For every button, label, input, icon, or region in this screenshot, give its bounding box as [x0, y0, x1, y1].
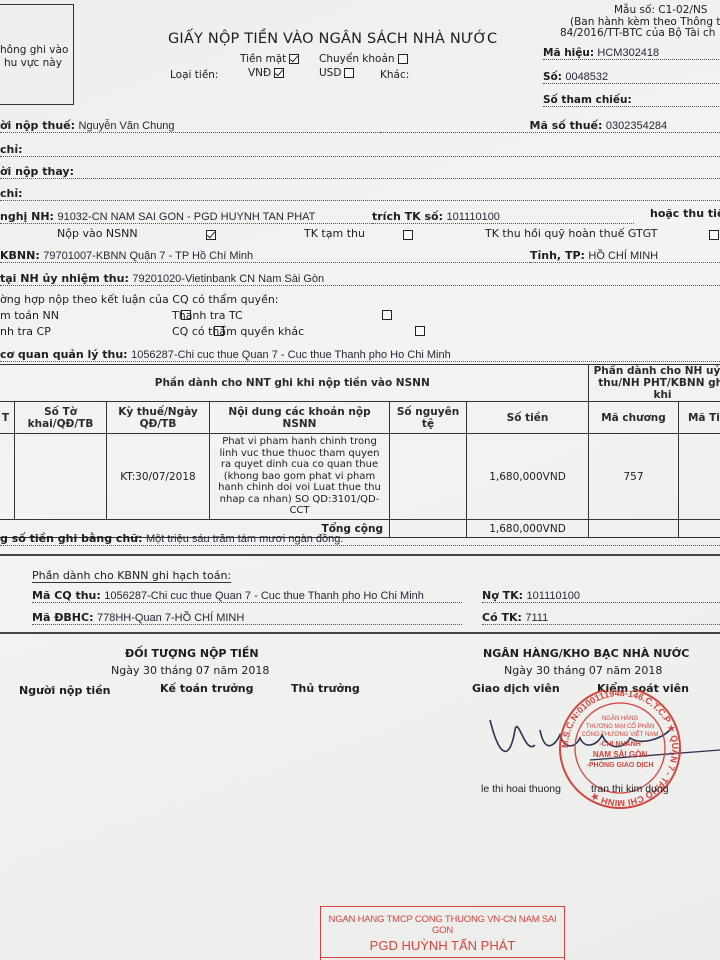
- group-header-right: Phần dành cho NH uỷ n thu/NH PHT/KBNN gh…: [589, 365, 720, 402]
- stamp-line6: -PHÒNG GIAO DỊCH: [587, 760, 654, 769]
- form-number: Mẫu số: C1-02/NS: [614, 4, 707, 16]
- province-label: Tỉnh, TP:: [530, 249, 585, 262]
- debit-tk-value: 101110100: [527, 590, 580, 602]
- currency-label: Loại tiền:: [170, 69, 218, 81]
- col-amount: Số tiền: [467, 402, 589, 434]
- province-field: Tỉnh, TP: HỒ CHÍ MINH: [530, 249, 720, 263]
- teller-name: le thi hoai thuong: [481, 783, 561, 795]
- vnd-checkbox[interactable]: [274, 68, 284, 78]
- debit-account-field: trích TK số: 101110100: [372, 210, 634, 224]
- reference-field: Số tham chiếu:: [543, 94, 720, 107]
- debit-account-label: trích TK số:: [372, 210, 443, 223]
- document-title: GIẤY NỘP TIỀN VÀO NGÂN SÁCH NHÀ NƯỚC: [168, 31, 497, 47]
- bank-request-field: nghị NH: 91032-CN NAM SAI GON - PGD HUYN…: [0, 210, 372, 224]
- payer-name-value: Nguyễn Văn Chung: [79, 120, 175, 132]
- payer-section-date: Ngày 30 tháng 07 năm 2018: [111, 664, 269, 677]
- bank-request-label: nghị NH:: [0, 210, 54, 223]
- cash-checkbox[interactable]: [289, 54, 299, 64]
- payer-sign-label: Người nộp tiền: [19, 684, 110, 697]
- col-stt: T: [0, 402, 15, 434]
- other-authority-checkbox[interactable]: [415, 326, 425, 336]
- col-original-currency: Số nguyên tệ: [390, 402, 467, 434]
- reserved-note-line1: hông ghi vào: [0, 44, 68, 56]
- number-label: Số:: [543, 71, 562, 83]
- collect-bank-field: tại NH ủy nhiệm thu: 79201020-Vietinbank…: [0, 272, 720, 286]
- payer-name-label: ời nộp thuế:: [0, 119, 75, 132]
- code-label: Mã hiệu:: [543, 47, 594, 59]
- credit-tk-field: Có TK: 7111: [482, 611, 720, 625]
- cell-original-currency: [390, 434, 467, 520]
- amount-words-label: g số tiền ghi bằng chữ:: [0, 532, 143, 545]
- cell-declaration: [15, 434, 107, 520]
- admin-unit-value: 778HH-Quan 7-HỒ CHÍ MINH: [97, 612, 244, 624]
- col-period: Kỳ thuế/Ngày QĐ/TB: [107, 402, 210, 434]
- cell-content: Phat vi pham hanh chinh trong linh vuc t…: [210, 434, 390, 520]
- group-header-left: Phần dành cho NNT ghi khi nộp tiền vào N…: [0, 365, 589, 402]
- controller-name: tran thi kim dung: [591, 783, 669, 795]
- vnd-label: VNĐ: [248, 67, 271, 79]
- tax-code-field: Mã số thuế: 0302354284: [380, 119, 720, 133]
- authority-value: 1056287-Chi cuc thue Quan 7 - Cuc thue T…: [131, 349, 451, 361]
- accountant-sign-label: Kế toán trưởng: [160, 682, 254, 695]
- table-row: KT:30/07/2018 Phat vi pham hanh chinh tr…: [0, 434, 720, 520]
- usd-option[interactable]: USD: [319, 67, 354, 79]
- stamp-line4: -CHI NHÁNH: [599, 739, 641, 748]
- divider: [0, 554, 720, 556]
- kbnn-field: KBNN: 79701007-KBNN Quận 7 - TP Hồ Chí M…: [0, 249, 530, 263]
- debit-tk-field: Nợ TK: 101110100: [482, 589, 720, 603]
- authority-field: cơ quan quản lý thu: 1056287-Chi cuc thu…: [0, 348, 720, 362]
- transfer-checkbox[interactable]: [398, 54, 408, 64]
- bank-request-value: 91032-CN NAM SAI GON - PGD HUYNH TAN PHA…: [57, 211, 315, 223]
- stamp-line2: THƯƠNG MẠI CỔ PHẦN: [586, 723, 655, 730]
- nsnn-checkbox[interactable]: [206, 230, 216, 240]
- col-content: Nội dung các khoản nộp NSNN: [210, 402, 390, 434]
- cell-amount: 1,680,000VND: [467, 434, 589, 520]
- proxy-payer-field: ời nộp thay:: [0, 165, 720, 179]
- cell-period: KT:30/07/2018: [107, 434, 210, 520]
- code-value: HCM302418: [597, 47, 659, 59]
- amount-words-value: Một triệu sáu trăm tám mươi ngàn đồng.: [146, 533, 343, 545]
- cash-option[interactable]: Tiền mặt: [240, 53, 299, 65]
- proxy-address-field: chỉ:: [0, 187, 720, 201]
- payment-table: Phần dành cho NNT ghi khi nộp tiền vào N…: [0, 364, 720, 538]
- cash-label: Tiền mặt: [240, 53, 286, 65]
- other-currency-label: Khác:: [380, 69, 409, 81]
- temp-account-checkbox[interactable]: [403, 230, 413, 240]
- debit-tk-label: Nợ TK:: [482, 589, 523, 602]
- col-sub-code: Mã Tiể: [679, 402, 720, 434]
- kbnn-label: KBNN:: [0, 249, 40, 262]
- col-chapter-code: Mã chương: [589, 402, 679, 434]
- col-declaration: Số Tờ khai/QĐ/TB: [15, 402, 107, 434]
- authority-label: cơ quan quản lý thu:: [0, 348, 128, 361]
- transfer-label: Chuyển khoản: [319, 53, 395, 65]
- stamp-line3: CÔNG THƯƠNG VIỆT NAM: [582, 730, 659, 738]
- tax-code-value: 0302354284: [606, 120, 667, 132]
- cell-stt: [0, 434, 15, 520]
- cell-sub-code: 42: [679, 434, 720, 520]
- vnd-option[interactable]: VNĐ: [248, 67, 284, 79]
- payer-name-field: ời nộp thuế: Nguyễn Văn Chung: [0, 119, 380, 133]
- usd-label: USD: [319, 67, 341, 79]
- credit-tk-value: 7111: [525, 612, 548, 624]
- group-right-line2: thu/NH PHT/KBNN ghi khi: [589, 377, 720, 401]
- credit-tk-label: Có TK:: [482, 611, 522, 624]
- stamp-line1: NGÂN HÀNG: [602, 715, 639, 722]
- group-right-line1: Phần dành cho NH uỷ n: [589, 365, 720, 377]
- number-value: 0048532: [565, 71, 608, 83]
- or-cash-label: hoặc thu tiền: [650, 207, 720, 220]
- treasury-title: Phần dành cho KBNN ghi hạch toán:: [32, 569, 231, 583]
- tax-code-label: Mã số thuế:: [530, 119, 603, 132]
- code-field: Mã hiệu: HCM302418: [543, 47, 720, 60]
- usd-checkbox[interactable]: [344, 68, 354, 78]
- vat-refund-label: TK thu hồi quỹ hoàn thuế GTGT: [485, 227, 658, 240]
- province-value: HỒ CHÍ MINH: [588, 250, 658, 262]
- reserved-note-line2: hu vực này: [4, 57, 62, 69]
- bank-section-title: NGÂN HÀNG/KHO BẠC NHÀ NƯỚC: [483, 647, 689, 660]
- kbnn-value: 79701007-KBNN Quận 7 - TP Hồ Chí Minh: [43, 250, 253, 262]
- collect-bank-value: 79201020-Vietinbank CN Nam Sài Gòn: [132, 273, 324, 285]
- cell-chapter-code: 757: [589, 434, 679, 520]
- amount-words-field: g số tiền ghi bằng chữ: Một triệu sáu tr…: [0, 532, 720, 546]
- collector-code-field: Mã CQ thu: 1056287-Chi cuc thue Quan 7 -…: [32, 589, 462, 603]
- form-issued-line2: 84/2016/TT-BTC của Bộ Tài ch: [560, 27, 715, 39]
- number-field: Số: 0048532: [543, 71, 720, 84]
- collector-code-value: 1056287-Chi cuc thue Quan 7 - Cuc thue T…: [104, 590, 424, 602]
- branch-stamp: NGAN HANG TMCP CONG THUONG VN-CN NAM SAI…: [320, 906, 565, 960]
- vat-refund-checkbox[interactable]: [709, 230, 719, 240]
- head-sign-label: Thủ trưởng: [291, 682, 360, 695]
- payer-section-title: ĐỐI TƯỢNG NỘP TIỀN: [125, 647, 259, 660]
- admin-unit-label: Mã ĐBHC:: [32, 611, 93, 624]
- admin-unit-field: Mã ĐBHC: 778HH-Quan 7-HỒ CHÍ MINH: [32, 611, 462, 625]
- branch-stamp-line2: PGD HUỲNH TẤN PHÁT: [321, 938, 564, 953]
- conclusion-other-label: CQ có thẩm quyền khác: [172, 325, 304, 338]
- bank-section-date: Ngày 30 tháng 07 năm 2018: [504, 664, 662, 677]
- conclusion-gov-inspect-label: nh tra CP: [0, 325, 51, 338]
- temp-account-label: TK tạm thu: [304, 227, 365, 240]
- proxy-payer-label: ời nộp thay:: [0, 165, 74, 178]
- collect-bank-label: tại NH ủy nhiệm thu:: [0, 272, 129, 285]
- payer-address-label: chỉ:: [0, 143, 23, 156]
- nsnn-label: Nộp vào NSNN: [57, 227, 138, 240]
- divider: [0, 632, 720, 634]
- conclusion-label: ờng hợp nộp theo kết luận của CQ có thẩm…: [0, 293, 279, 306]
- reference-label: Số tham chiếu:: [543, 94, 632, 106]
- conclusion-audit-label: m toán NN: [0, 309, 59, 322]
- collector-code-label: Mã CQ thu:: [32, 589, 101, 602]
- transfer-option[interactable]: Chuyển khoản: [319, 53, 408, 65]
- branch-stamp-line1: NGAN HANG TMCP CONG THUONG VN-CN NAM SAI…: [321, 907, 564, 936]
- stamp-line5: NAM SÀI GÒN: [593, 750, 647, 759]
- finance-inspect-checkbox[interactable]: [382, 310, 392, 320]
- proxy-address-label: chỉ:: [0, 187, 23, 200]
- debit-account-value: 101110100: [447, 211, 500, 223]
- conclusion-finance-inspect-label: Thanh tra TC: [172, 309, 243, 322]
- payer-address-field: chỉ:: [0, 143, 720, 157]
